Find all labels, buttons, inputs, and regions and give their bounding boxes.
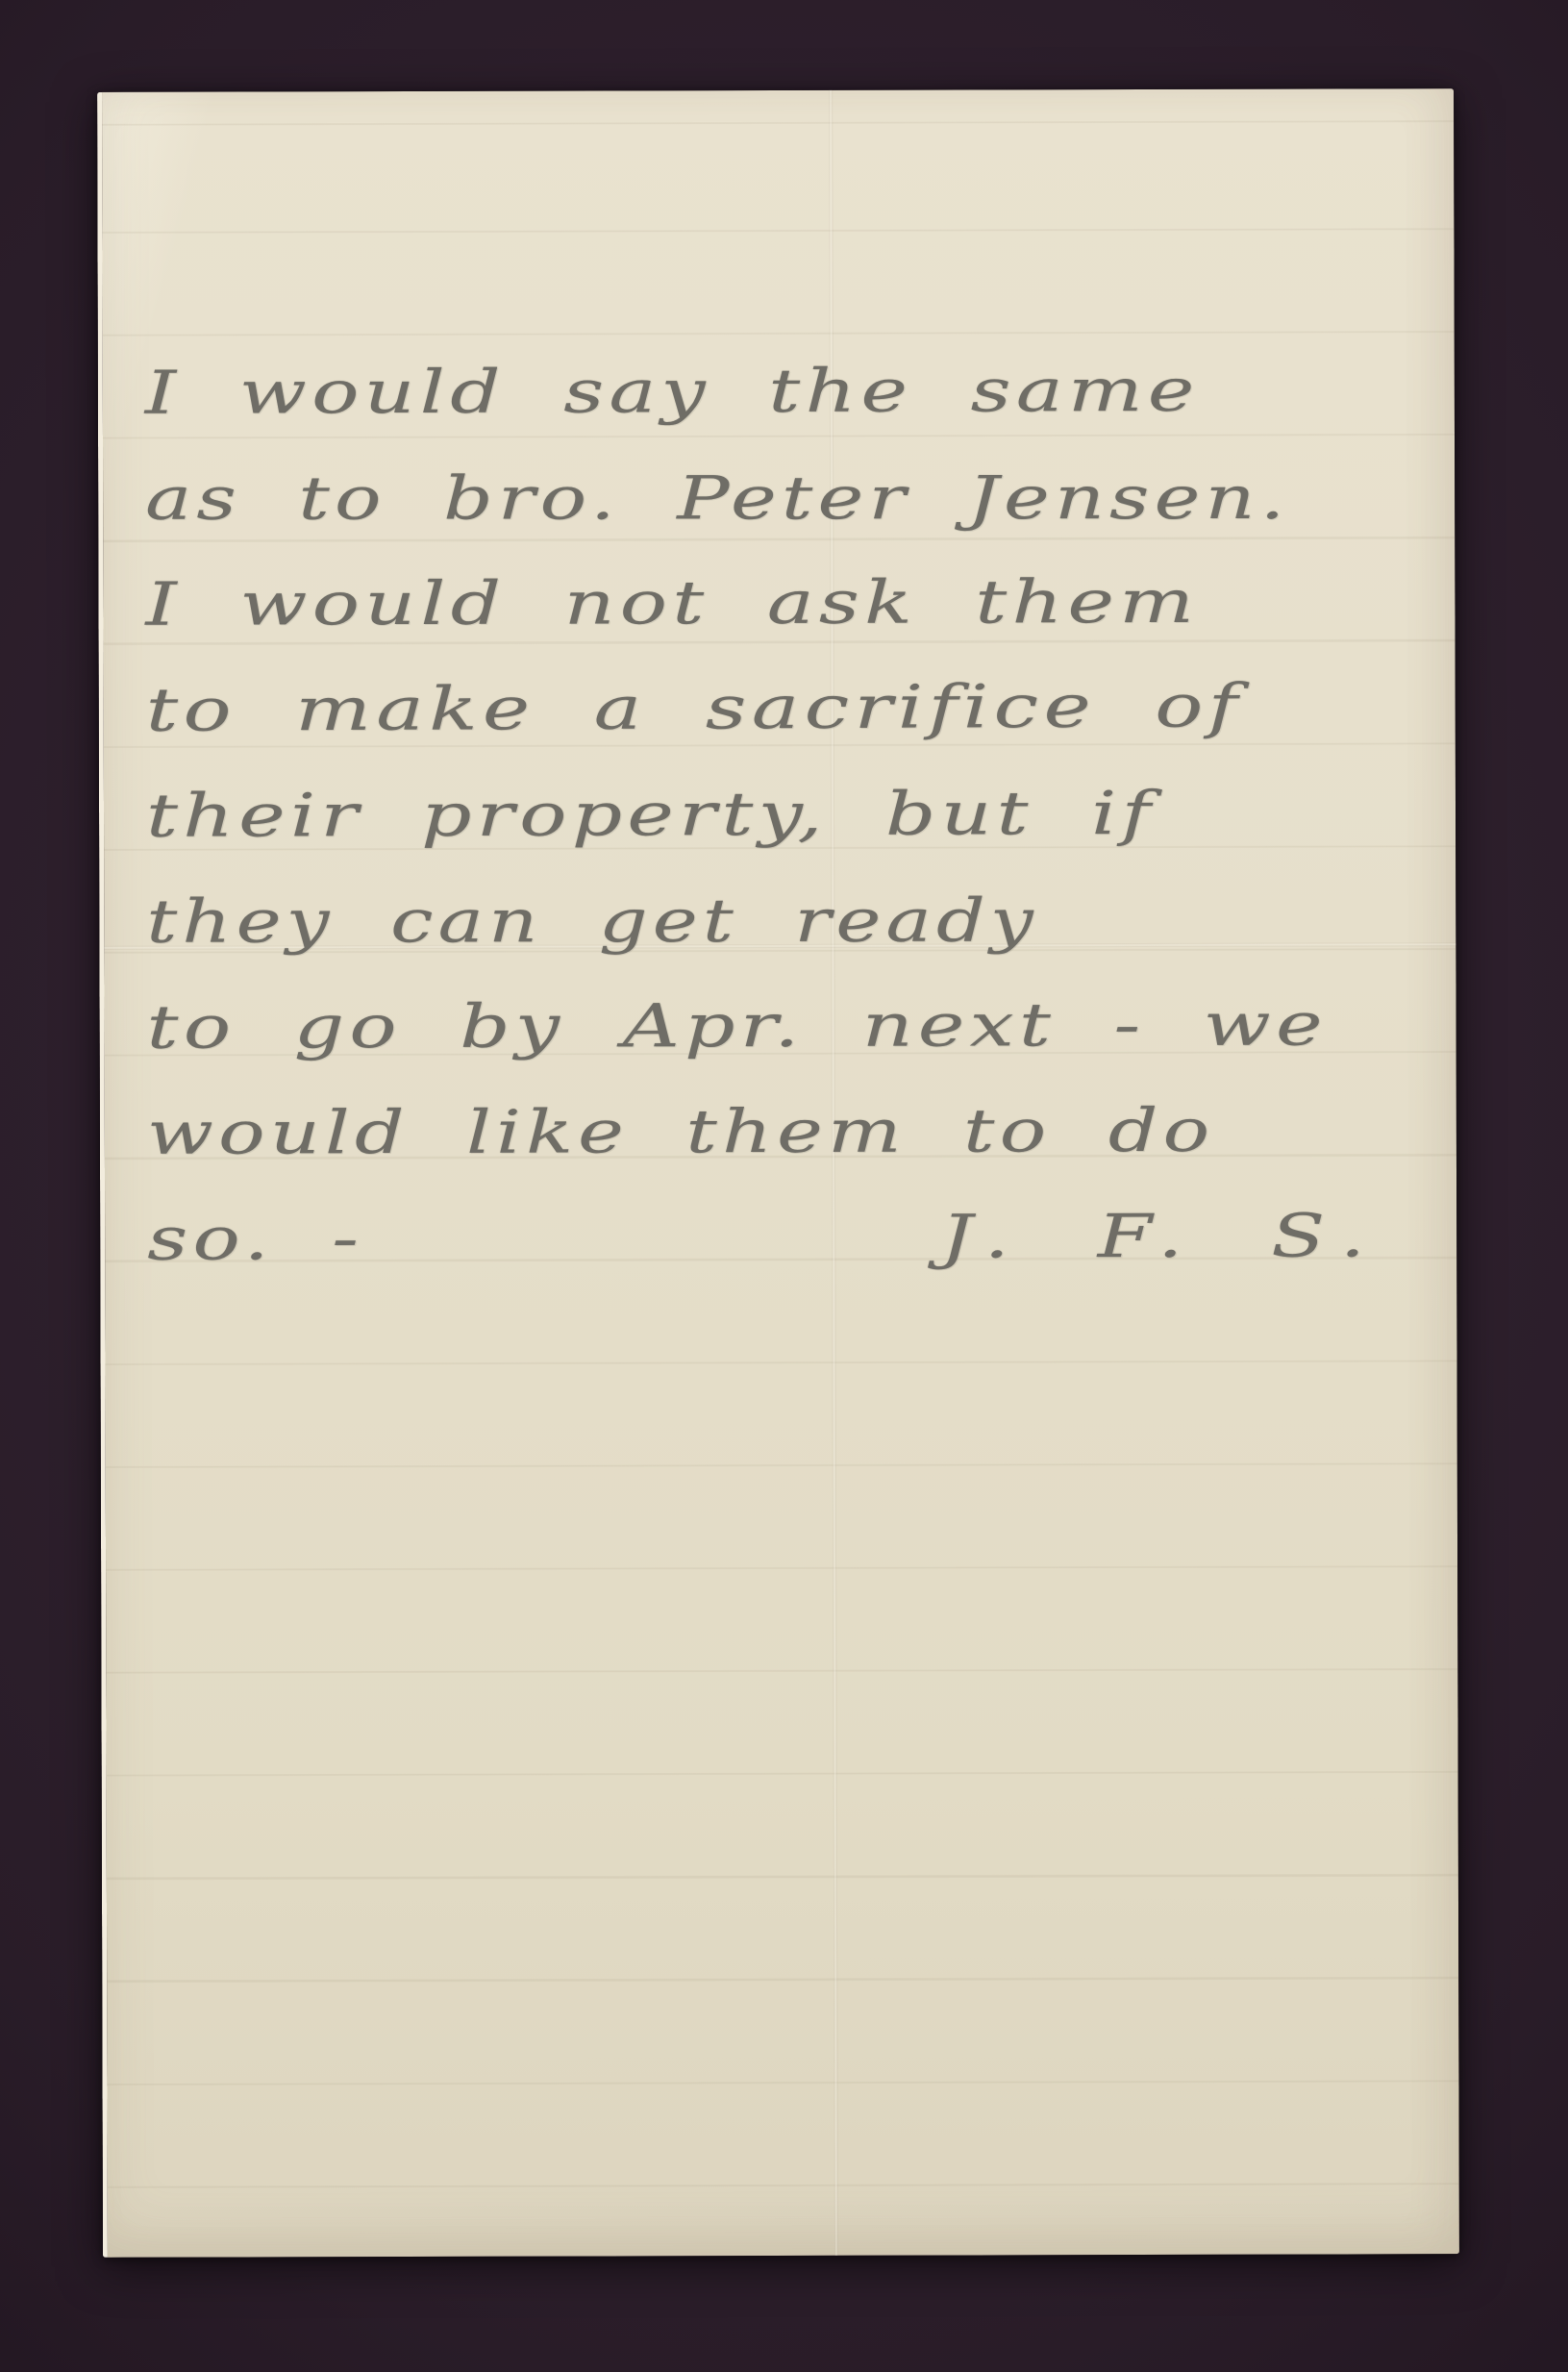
scan-background: I would say the same as to bro. Peter Je…: [0, 0, 1568, 2372]
handwritten-line-5: their property, but if: [146, 759, 1568, 869]
handwritten-line-8: would like them to do: [147, 1076, 1568, 1186]
handwritten-line-6: they can get ready: [146, 867, 1568, 975]
handwritten-text-block: I would say the same as to bro. Peter Je…: [145, 337, 1442, 1292]
signature-initials: J. F. S.: [941, 1183, 1383, 1289]
handwritten-line-7: to go by Apr. next - we: [146, 970, 1568, 1081]
handwritten-closing-line: so. - J. F. S.: [147, 1182, 1568, 1292]
letter-page: I would say the same as to bro. Peter Je…: [97, 88, 1459, 2258]
handwritten-line-1: I would say the same: [145, 336, 1568, 446]
closing-word: so. -: [147, 1186, 363, 1292]
handwritten-line-2: as to bro. Peter Jensen.: [145, 445, 1568, 552]
handwritten-line-3: I would not ask them: [145, 547, 1568, 658]
handwritten-line-4: to make a sacrifice of: [145, 651, 1568, 763]
